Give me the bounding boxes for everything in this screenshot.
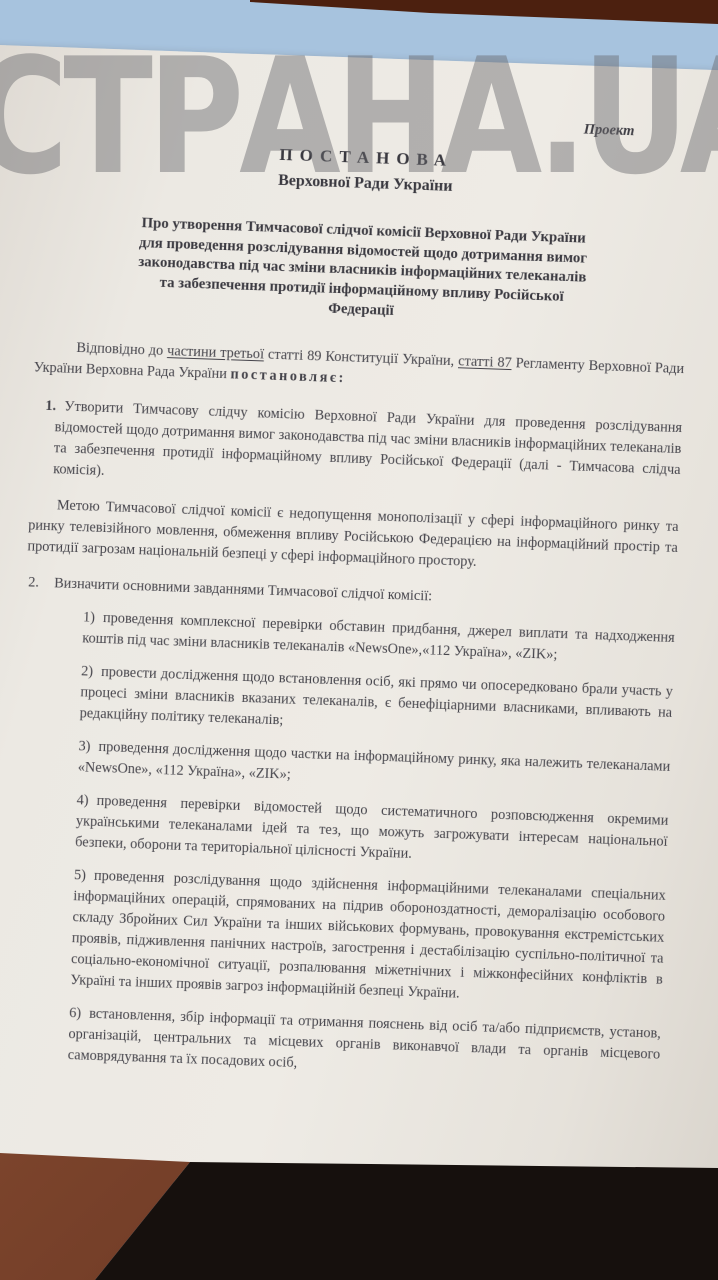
list-item-number: 5) <box>74 865 95 887</box>
list-item-text: проведення розслідування щодо здійснення… <box>70 868 666 1002</box>
item-2-text: Визначити основними завданнями Тимчасово… <box>54 575 432 604</box>
mission-paragraph: Метою Тимчасової слідчої комісії є недоп… <box>27 494 679 580</box>
intro-segment: частини третьої <box>167 343 264 362</box>
document-content: Проект ПОСТАНОВА Верховної Ради України … <box>9 47 694 1087</box>
intro-segment: Відповідно до <box>76 340 167 359</box>
list-item: 4)проведення перевірки відомостей щодо с… <box>17 788 669 874</box>
list-item-text: встановлення, збір інформації та отриман… <box>67 1006 661 1071</box>
item-1-number: 1. <box>45 396 65 418</box>
intro-segment: статті 87 <box>458 353 512 371</box>
document-title: Про утворення Тимчасової слідчої комісії… <box>64 211 661 331</box>
subitems-list: 1)проведення комплексної перевірки обста… <box>9 605 675 1087</box>
list-item: 2)провести дослідження щодо встановлення… <box>21 659 673 745</box>
list-item-number: 4) <box>76 790 97 812</box>
list-item: 6)встановлення, збір інформації та отрим… <box>9 1001 661 1087</box>
bottom-surfaces <box>0 1140 718 1280</box>
list-item-text: проведення комплексної перевірки обстави… <box>82 610 675 663</box>
intro-segment: статті 89 Конституції України, <box>264 346 459 369</box>
list-item-number: 2) <box>81 661 102 683</box>
table-edge-wood-strip <box>0 0 718 34</box>
list-item-number: 6) <box>69 1003 90 1025</box>
item-1: 1.Утворити Тимчасову слідчу комісію Верх… <box>30 395 683 502</box>
list-item-text: проведення дослідження щодо частки на ін… <box>78 739 671 783</box>
list-item-number: 1) <box>83 607 104 629</box>
list-item: 3)проведення дослідження щодо частки на … <box>19 734 670 799</box>
intro-segment: постановляє: <box>230 366 346 386</box>
list-item-number: 3) <box>78 736 99 758</box>
list-item: 1)проведення комплексної перевірки обста… <box>24 605 675 670</box>
intro-paragraph: Відповідно до частини третьої статті 89 … <box>33 336 684 401</box>
list-item: 5)проведення розслідування щодо здійснен… <box>12 863 666 1012</box>
item-1-text: Утворити Тимчасову слідчу комісію Верхов… <box>53 398 682 478</box>
item-2-number: 2. <box>26 572 55 594</box>
photo-scene: Проект ПОСТАНОВА Верховної Ради України … <box>0 0 718 1280</box>
document-page: Проект ПОСТАНОВА Верховної Ради України … <box>0 44 718 1201</box>
list-item-text: провести дослідження щодо встановлення о… <box>79 664 673 728</box>
list-item-text: проведення перевірки відомостей щодо сис… <box>75 793 669 862</box>
